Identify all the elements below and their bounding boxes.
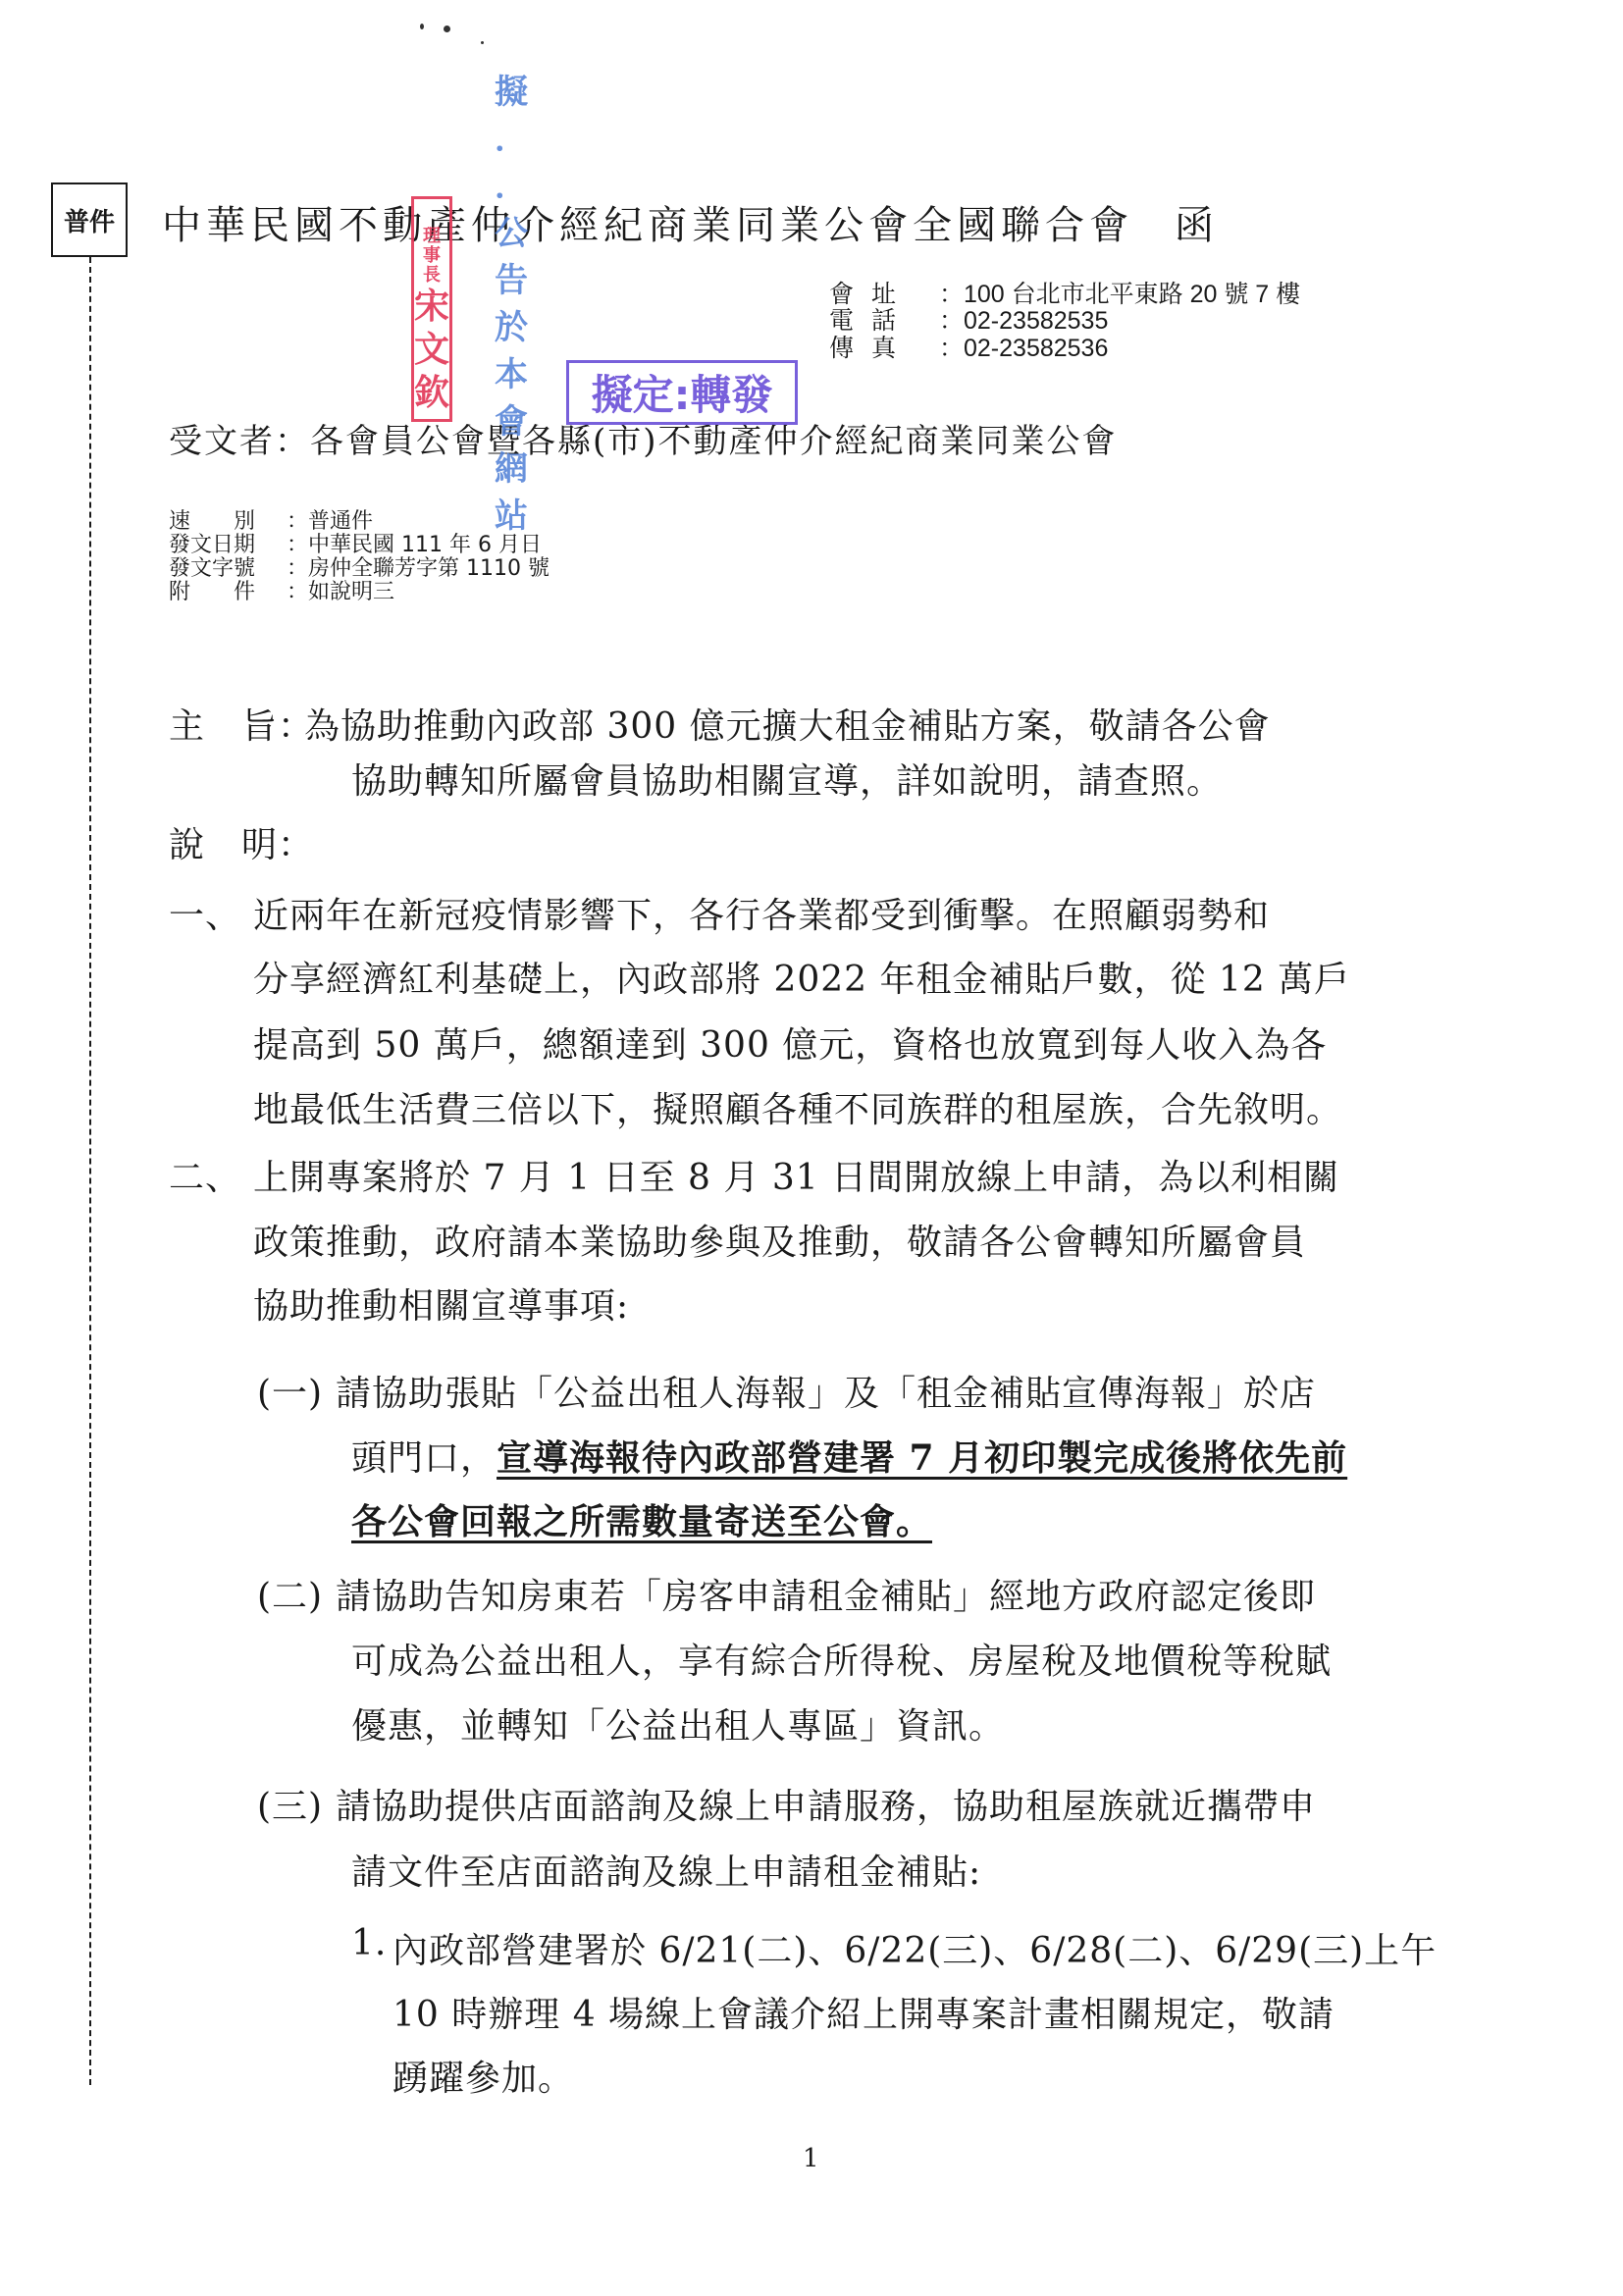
paragraph-line: 內政部營建署於 6/21(二)、6/22(三)、6/28(二)、6/29(三)上…: [393, 1923, 1437, 1973]
paragraph-line: 請協助告知房東若「房客申請租金補貼」經地方政府認定後即: [336, 1569, 1316, 1619]
paragraph-line: 近兩年在新冠疫情影響下，各行各業都受到衝擊。在照顧弱勢和: [253, 888, 1270, 938]
stamp-char: 理: [423, 227, 441, 246]
stamp-char: 本: [489, 351, 534, 398]
contact-fax: 傳真：02-23582536: [829, 329, 1108, 364]
paragraph-line: 優惠，並轉知「公益出租人專區」資訊。: [351, 1698, 1005, 1748]
paragraph-line: 政策推動，政府請本業協助參與及推動，敬請各公會轉知所屬會員: [253, 1215, 1306, 1265]
paragraph-line: 提高到 50 萬戶，總額達到 300 億元，資格也放寬到每人收入為各: [253, 1018, 1327, 1068]
paragraph-line: 請協助張貼「公益出租人海報」及「租金補貼宣傳海報」於店: [336, 1366, 1316, 1416]
paragraph-line: 地最低生活費三倍以下，擬照顧各種不同族群的租屋族，合先敘明。: [253, 1082, 1342, 1132]
stamp-chairman-seal: 理 事 長 宋 文 欽: [411, 196, 452, 422]
paragraph-line: 踴躍參加。: [393, 2051, 574, 2101]
paragraph-line: 頭門口，宣導海報待內政部營建署 7 月初印製完成後將依先前: [351, 1431, 1347, 1481]
sub-item-marker: (二): [257, 1569, 323, 1619]
paragraph-line: 10 時辦理 4 場線上會議介紹上開專案計畫相關規定，敬請: [393, 1987, 1335, 2037]
paragraph-line: 可成為公益出租人，享有綜合所得稅、房屋稅及地價稅等稅賦: [351, 1634, 1332, 1684]
subject-label: 主 旨：: [169, 699, 314, 749]
plain-text: 頭門口，: [351, 1438, 497, 1479]
recipient-value: 各會員公會暨各縣(市)不動產仲介經紀商業同業公會: [310, 422, 1118, 461]
paragraph-line: 協助推動相關宣導事項:: [253, 1278, 629, 1329]
stamp-char: 長: [423, 266, 441, 286]
paragraph-line: 各公會回報之所需數量寄送至公會。: [351, 1494, 932, 1544]
sub-item-marker: (三): [257, 1779, 323, 1829]
stamp-char: ．: [489, 163, 534, 210]
meta-attachment: 附 件：如說明三: [169, 575, 394, 605]
contact-value: ：02-23582536: [939, 335, 1108, 362]
stamp-char: 會: [489, 398, 534, 445]
stamp-char: 擬: [489, 69, 534, 116]
subject-line: 協助轉知所屬會員協助相關宣導，詳如說明，請查照。: [351, 754, 1223, 804]
binding-dashed-line: [89, 257, 91, 2085]
recipient-label: 受文者：: [169, 422, 310, 461]
stamp-char: 站: [489, 493, 534, 540]
emphasized-notice: 各公會回報之所需數量寄送至公會。: [351, 1501, 932, 1542]
paragraph-line: 請協助提供店面諮詢及線上申請服務，協助租屋族就近攜帶申: [336, 1779, 1316, 1829]
stamp-char: ．: [489, 116, 534, 163]
item-marker: 二、: [169, 1150, 241, 1200]
stamp-forward-decision: 擬定:轉發: [566, 360, 798, 425]
stamp-char: 於: [489, 304, 534, 351]
stamp-char: 欽: [414, 372, 449, 415]
scan-speck: [444, 26, 450, 32]
paragraph-line: 請文件至店面諮詢及線上申請租金補貼:: [351, 1845, 981, 1895]
page-number: 1: [803, 2144, 819, 2173]
scan-speck: [481, 41, 484, 44]
point-marker: 1.: [351, 1923, 387, 1963]
paragraph-line: 分享經濟紅利基礎上，內政部將 2022 年租金補貼戶數，從 12 萬戶: [253, 952, 1350, 1002]
meta-label: 附 件: [169, 575, 287, 605]
stamp-char: 告: [489, 257, 534, 304]
explanation-label: 說 明：: [169, 817, 314, 867]
scan-speck: [420, 24, 424, 29]
stamp-publish-on-website: 擬 ． ． 公 告 於 本 會 網 站: [489, 69, 534, 540]
document-type: 函: [1175, 203, 1219, 248]
speed-badge: 普件: [51, 183, 128, 257]
stamp-char: 網: [489, 445, 534, 493]
stamp-char: 文: [414, 329, 449, 372]
paragraph-line: 上開專案將於 7 月 1 日至 8 月 31 日間開放線上申請，為以利相關: [253, 1150, 1339, 1200]
item-marker: 一、: [169, 888, 241, 938]
document-header: 中華民國不動產仲介經紀商業同業公會全國聯合會函: [162, 194, 1219, 250]
subject-line: 為協助推動內政部 300 億元擴大租金補貼方案，敬請各公會: [304, 699, 1271, 749]
emphasized-notice: 宣導海報待內政部營建署 7 月初印製完成後將依先前: [497, 1437, 1347, 1479]
contact-label: 傳真: [829, 329, 939, 364]
meta-value: ：如說明三: [287, 580, 394, 604]
stamp-char: 宋: [414, 286, 449, 329]
organization-title: 中華民國不動產仲介經紀商業同業公會全國聯合會: [162, 203, 1133, 248]
sub-item-marker: (一): [257, 1366, 323, 1416]
stamp-char: 公: [489, 210, 534, 257]
stamp-char: 事: [423, 246, 441, 266]
